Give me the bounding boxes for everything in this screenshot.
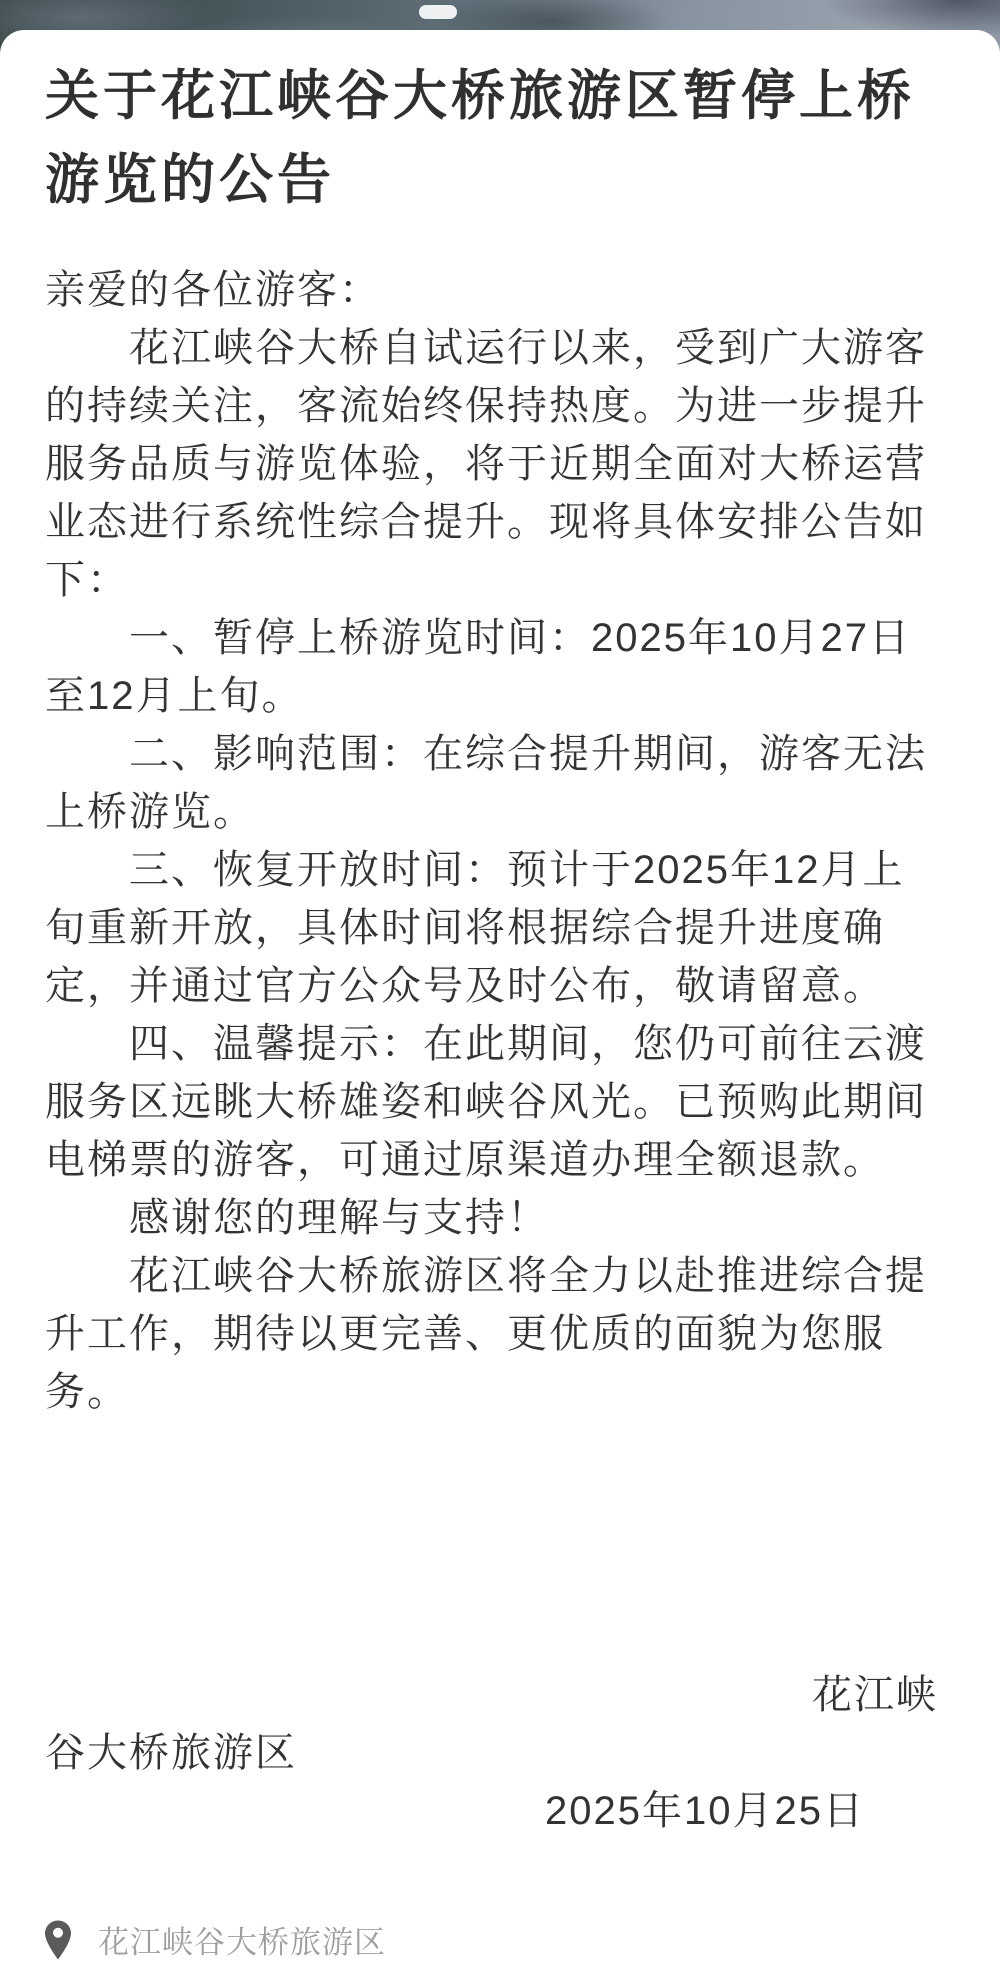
announcement-body: 亲爱的各位游客： 花江峡谷大桥自试运行以来，受到广大游客的持续关注，客流始终保持…: [45, 261, 940, 1421]
signature-date: 2025年10月25日: [0, 1782, 1000, 1840]
page-title: 关于花江峡谷大桥旅游区暂停上桥游览的公告: [45, 54, 940, 222]
signature-name-line-1: 花江峡: [0, 1666, 1000, 1724]
paragraph-item-1: 一、暂停上桥游览时间：2025年10月27日至12月上旬。: [45, 609, 940, 725]
signature-block: 花江峡 谷大桥旅游区 2025年10月25日: [0, 1666, 1000, 1840]
announcement-page: 关于花江峡谷大桥旅游区暂停上桥游览的公告 亲爱的各位游客： 花江峡谷大桥自试运行…: [0, 0, 1000, 1988]
location-pin-icon: [45, 1920, 71, 1960]
signature-name-line-2: 谷大桥旅游区: [0, 1724, 1000, 1782]
paragraph-intro: 花江峡谷大桥自试运行以来，受到广大游客的持续关注，客流始终保持热度。为进一步提升…: [45, 319, 940, 609]
location-tag[interactable]: 花江峡谷大桥旅游区: [45, 1917, 386, 1962]
paragraph-thanks: 感谢您的理解与支持！: [45, 1189, 940, 1247]
paragraph-closing: 花江峡谷大桥旅游区将全力以赴推进综合提升工作，期待以更完善、更优质的面貌为您服务…: [45, 1247, 940, 1421]
location-label: 花江峡谷大桥旅游区: [98, 1917, 386, 1962]
salutation: 亲爱的各位游客：: [45, 261, 940, 319]
announcement-card: 关于花江峡谷大桥旅游区暂停上桥游览的公告 亲爱的各位游客： 花江峡谷大桥自试运行…: [0, 30, 1000, 1988]
paragraph-item-2: 二、影响范围：在综合提升期间，游客无法上桥游览。: [45, 725, 940, 841]
drag-handle-icon[interactable]: [419, 5, 457, 19]
paragraph-item-4: 四、温馨提示：在此期间，您仍可前往云渡服务区远眺大桥雄姿和峡谷风光。已预购此期间…: [45, 1015, 940, 1189]
paragraph-item-3: 三、恢复开放时间：预计于2025年12月上旬重新开放，具体时间将根据综合提升进度…: [45, 841, 940, 1015]
